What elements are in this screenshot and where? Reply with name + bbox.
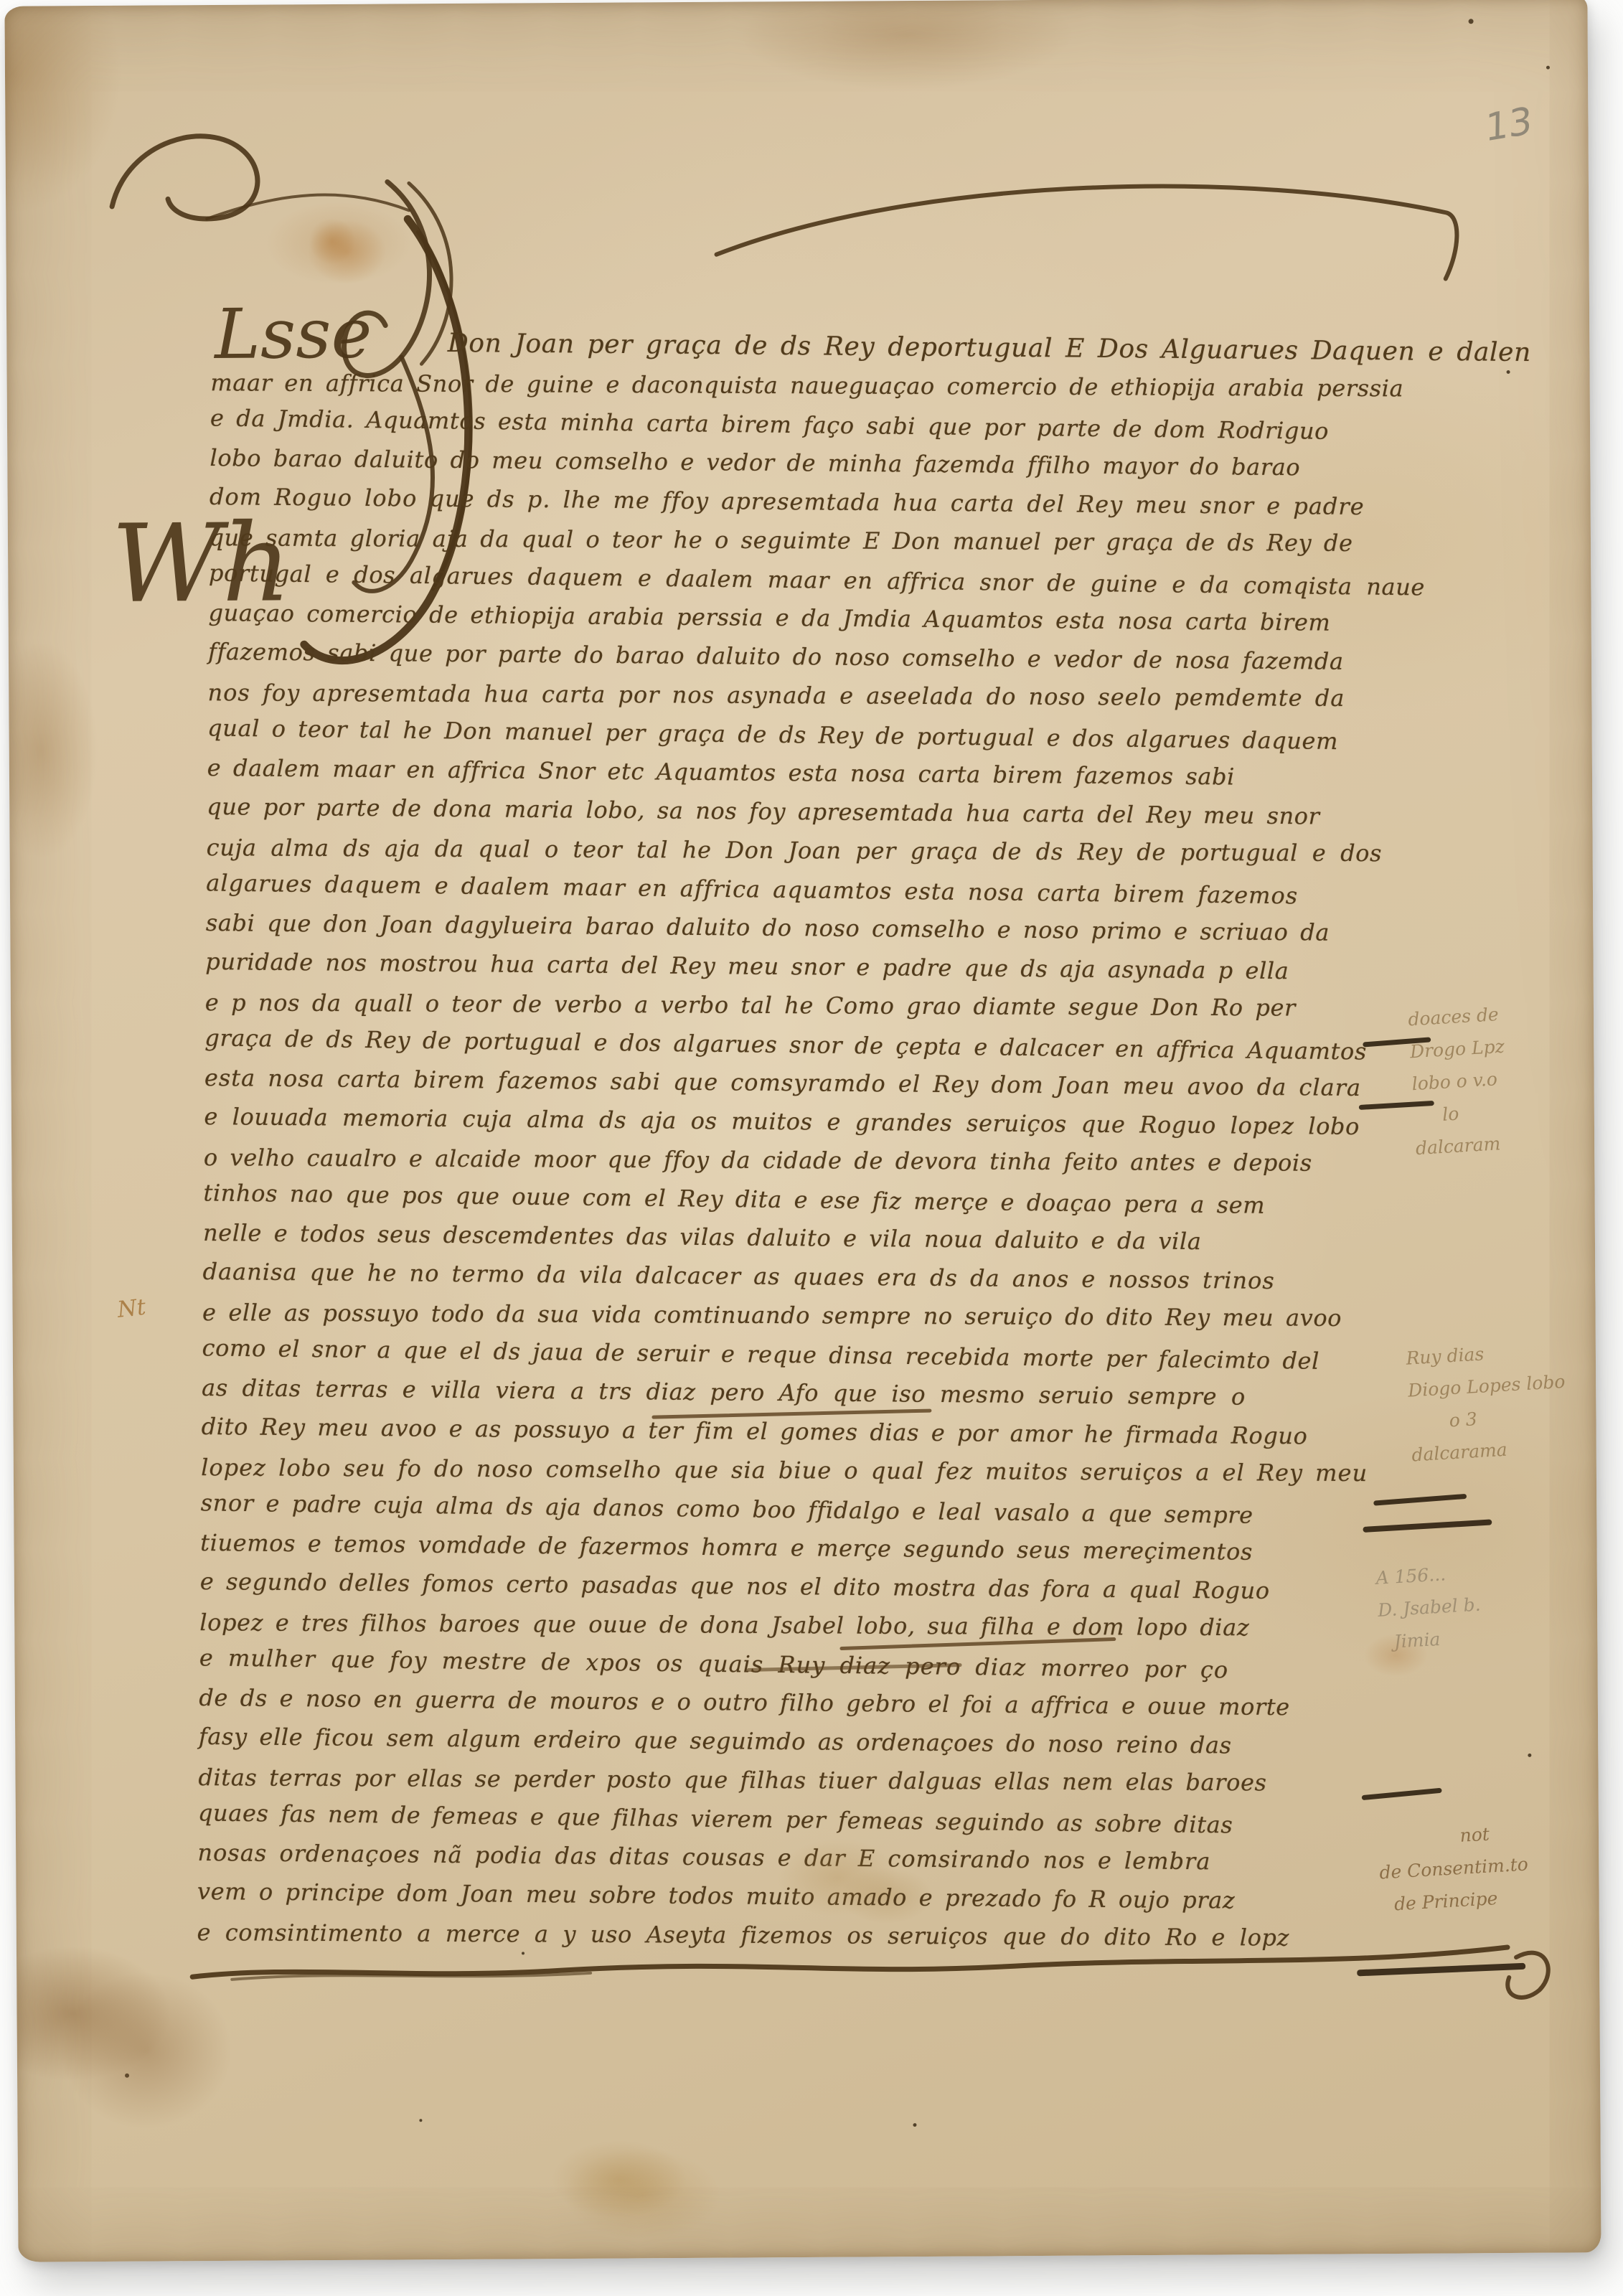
parchment-stain [307,220,387,285]
margin-note-isabel: A 156... D. Jsabel b. Jimia [1375,1556,1483,1659]
ink-speck [1469,19,1474,24]
manuscript-text-block: Don Joan per graça de ds Rey deportugual… [197,322,1406,1959]
ink-speck [125,2074,129,2078]
margin-note-line: dalcaram [1415,1126,1511,1165]
margin-note-line: doaces de [1407,998,1503,1036]
pen-flourish-arc [709,162,1485,325]
left-margin-note: Nt [116,1294,147,1323]
ink-speck [1546,66,1550,70]
manuscript-line: e comsintimento a merce a y uso Aseyta f… [197,1913,1391,1957]
margin-note-principe: not de Consentim.to de Principe [1377,1816,1531,1921]
parchment-page: 13 Wh Lsse Don Joan per graça de [4,0,1601,2262]
margin-note-line: Drogo Lpz [1409,1030,1505,1068]
ink-speck [1507,370,1510,374]
parchment-stain [563,2147,722,2241]
parchment-stain [60,1971,232,2130]
ink-speck [522,1952,524,1954]
margin-note-dias: Ruy dias Diogo Lopes lobo o 3 dalcarama [1405,1333,1570,1472]
ink-speck [913,2123,916,2127]
margin-note-line: lobo o v.o [1411,1063,1507,1101]
folio-number: 13 [1485,99,1533,151]
margin-note-line: D. Jsabel b. [1377,1589,1482,1627]
margin-dash [1357,1963,1525,1977]
manuscript-photo: 13 Wh Lsse Don Joan per graça de [0,0,1623,2296]
margin-note-line: Jimia [1379,1620,1484,1658]
ink-speck [419,2119,422,2122]
ink-speck [1528,1754,1531,1757]
margin-note-doacao: doaces de Drogo Lpz lobo o v.o lo dalcar… [1407,998,1511,1165]
